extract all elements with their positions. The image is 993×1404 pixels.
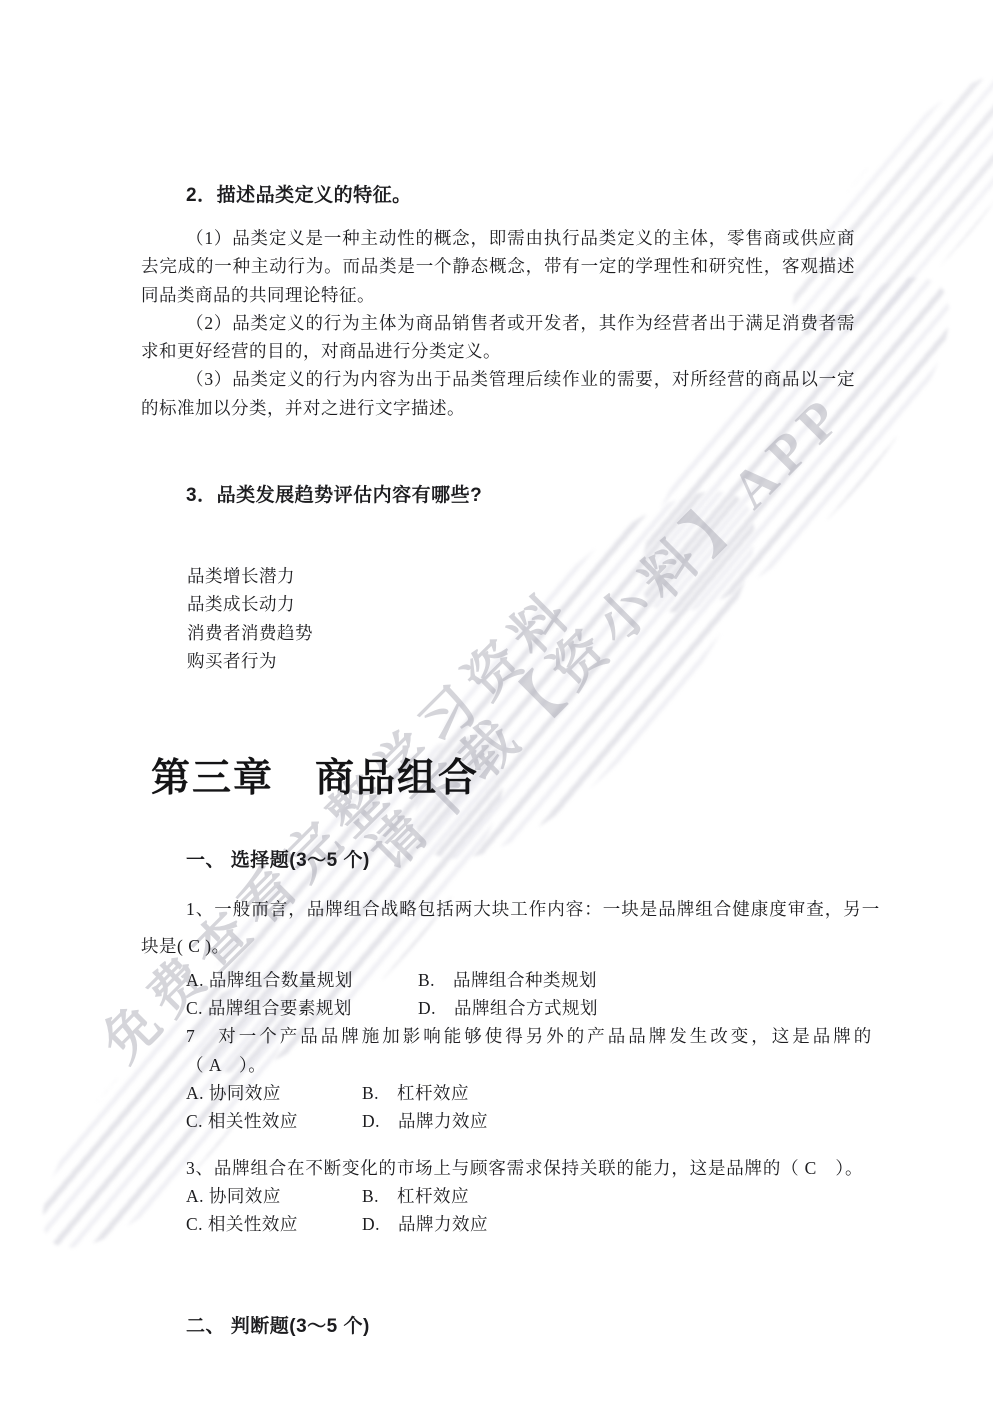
option-b: B. 杠杆效应 <box>362 1182 469 1210</box>
choice-q1-options-ab: A. 品牌组合数量规划 B. 品牌组合种类规划 <box>141 966 855 994</box>
list-item: 消费者消费趋势 <box>187 619 855 647</box>
option-a: A. 协同效应 <box>186 1079 362 1107</box>
choice-q1-options-cd: C. 品牌组合要素规划 D. 品牌组合方式规划 <box>141 994 855 1022</box>
option-d: D. 品牌力效应 <box>362 1210 488 1238</box>
choice-q7-options-cd: C. 相关性效应 D. 品牌力效应 <box>141 1107 855 1135</box>
judge-section-heading: 二、 判断题(3～5 个) <box>141 1313 855 1341</box>
document-content: 2．描述品类定义的特征。 （1）品类定义是一种主动性的概念，即需由执行品类定义的… <box>0 0 993 1404</box>
question-3-heading: 3．品类发展趋势评估内容有哪些? <box>141 482 855 510</box>
answer-paragraph-3: （3）品类定义的行为内容为出于品类管理后续作业的需要，对所经营的商品以一定的标准… <box>141 365 855 422</box>
answer-paragraph-1: （1）品类定义是一种主动性的概念，即需由执行品类定义的主体，零售商或供应商去完成… <box>141 224 855 309</box>
option-c: C. 相关性效应 <box>186 1210 362 1238</box>
document-page: 免费查看完整学习资料 请下载【资小料】APP 2．描述品类定义的特征。 （1）品… <box>0 0 993 1404</box>
choice-q1-line1: 1、一般而言，品牌组合战略包括两大块工作内容：一块是品牌组合健康度审查，另一 <box>141 895 855 923</box>
choice-section-heading: 一、 选择题(3～5 个) <box>141 847 855 875</box>
answer-paragraph-2: （2）品类定义的行为主体为商品销售者或开发者，其作为经营者出于满足消费者需求和更… <box>141 309 855 366</box>
trend-list: 品类增长潜力 品类成长动力 消费者消费趋势 购买者行为 <box>141 562 855 675</box>
question-2-heading: 2．描述品类定义的特征。 <box>141 182 855 210</box>
choice-q3-line1: 3、品牌组合在不断变化的市场上与顾客需求保持关联的能力，这是品牌的（ C ）。 <box>141 1154 855 1182</box>
choice-q1-line2: 块是( C )。 <box>141 932 855 960</box>
choice-q3-options-cd: C. 相关性效应 D. 品牌力效应 <box>141 1210 855 1238</box>
choice-q7-line1: 7 对一个产品品牌施加影响能够使得另外的产品品牌发生改变，这是品牌的 <box>141 1022 855 1050</box>
choice-q7-options-ab: A. 协同效应 B. 杠杆效应 <box>141 1079 855 1107</box>
option-b: B. 品牌组合种类规划 <box>418 966 597 994</box>
list-item: 品类成长动力 <box>187 590 855 618</box>
option-d: D. 品牌组合方式规划 <box>418 994 598 1022</box>
option-c: C. 品牌组合要素规划 <box>186 994 418 1022</box>
option-c: C. 相关性效应 <box>186 1107 362 1135</box>
option-a: A. 协同效应 <box>186 1182 362 1210</box>
list-item: 品类增长潜力 <box>187 562 855 590</box>
choice-q3-options-ab: A. 协同效应 B. 杠杆效应 <box>141 1182 855 1210</box>
choice-q7-answer: （ A ）。 <box>141 1051 855 1079</box>
list-item: 购买者行为 <box>187 647 855 675</box>
option-a: A. 品牌组合数量规划 <box>186 966 418 994</box>
chapter-title: 第三章 商品组合 <box>151 755 855 803</box>
option-b: B. 杠杆效应 <box>362 1079 469 1107</box>
option-d: D. 品牌力效应 <box>362 1107 488 1135</box>
